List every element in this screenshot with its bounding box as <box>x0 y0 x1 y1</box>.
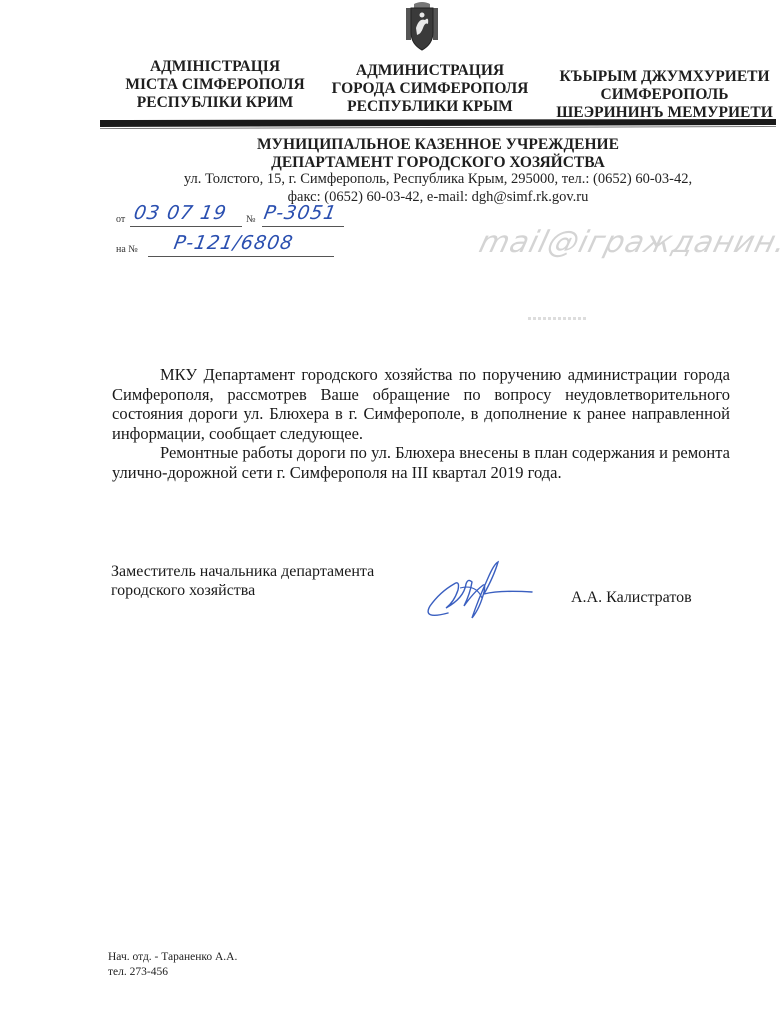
header-line: РЕСПУБЛИКИ КРЫМ <box>325 98 535 116</box>
date-field: 03 07 19 <box>130 208 242 227</box>
signatory-name: А.А. Калистратов <box>571 589 692 607</box>
body-paragraph: МКУ Департамент городского хозяйства по … <box>112 365 730 443</box>
date-value: 03 07 19 <box>132 202 228 224</box>
title-line: Заместитель начальника департамента <box>111 562 374 581</box>
header-line: МІСТА СІМФЕРОПОЛЯ <box>120 76 310 94</box>
executor-name: Нач. отд. - Тараненко А.А. <box>108 950 237 965</box>
header-crimean-tatar: КЪЫРЫМ ДЖУМХУРИЕТИ СИМФЕРОПОЛЬ ШЕЭРИНИНЪ… <box>552 68 777 122</box>
header-line: КЪЫРЫМ ДЖУМХУРИЕТИ <box>552 68 777 86</box>
number-value: Р-3051 <box>262 202 339 224</box>
executor-phone: тел. 273-456 <box>108 965 237 980</box>
header-line: АДМІНІСТРАЦІЯ <box>120 58 310 76</box>
handwritten-signature-icon <box>420 558 535 623</box>
header-divider <box>100 116 776 126</box>
ref-label: на № <box>116 244 138 255</box>
organization-name: МУНИЦИПАЛЬНОЕ КАЗЕННОЕ УЧРЕЖДЕНИЕ <box>100 136 776 154</box>
header-line: РЕСПУБЛІКИ КРИМ <box>120 94 310 112</box>
signatory-title: Заместитель начальника департамента горо… <box>111 562 374 600</box>
body-paragraph: Ремонтные работы дороги по ул. Блюхера в… <box>112 443 730 482</box>
header-russian: АДМИНИСТРАЦИЯ ГОРОДА СИМФЕРОПОЛЯ РЕСПУБЛ… <box>325 62 535 116</box>
header-ukrainian: АДМІНІСТРАЦІЯ МІСТА СІМФЕРОПОЛЯ РЕСПУБЛІ… <box>120 58 310 112</box>
header-line: АДМИНИСТРАЦИЯ <box>325 62 535 80</box>
from-label: от <box>116 214 125 225</box>
watermark-text: mail@ігражданин.ru <box>476 225 784 260</box>
ref-field: Р-121/6808 <box>148 238 334 257</box>
number-field: Р-3051 <box>262 208 344 227</box>
number-label: № <box>246 214 256 225</box>
title-line: городского хозяйства <box>111 581 374 600</box>
header-line: СИМФЕРОПОЛЬ <box>552 86 777 104</box>
crimea-coat-of-arms-icon <box>405 2 439 52</box>
faint-mark <box>528 317 588 320</box>
header-line: ГОРОДА СИМФЕРОПОЛЯ <box>325 80 535 98</box>
executor-info: Нач. отд. - Тараненко А.А. тел. 273-456 <box>108 950 237 980</box>
ref-value: Р-121/6808 <box>172 232 295 254</box>
letter-body: МКУ Департамент городского хозяйства по … <box>112 365 730 482</box>
address-line: ул. Толстого, 15, г. Симферополь, Респуб… <box>100 170 776 188</box>
